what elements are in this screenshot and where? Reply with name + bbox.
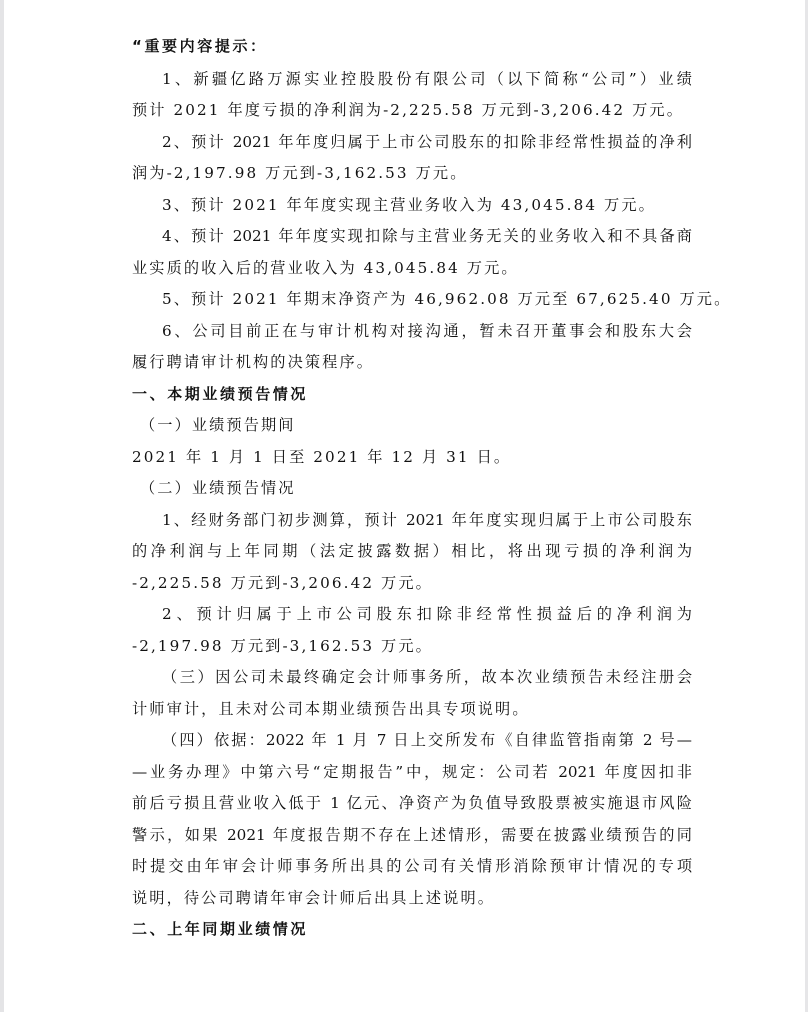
sub2-item-1-line-1: 1、经财务部门初步测算，预计 2021 年年度实现归属于上市公司股东 xyxy=(132,508,692,532)
highlight-4-line-2: 业实质的收入后的营业收入为 43,045.84 万元。 xyxy=(132,256,692,280)
sub4-line-2: —业务办理》中第六号“定期报告”中，规定：公司若 2021 年度因扣非 xyxy=(132,760,692,784)
highlight-4-line-1: 4、预计 2021 年年度实现扣除与主营业务无关的业务收入和不具备商 xyxy=(132,224,692,248)
sub4-line-5: 时提交由年审会计师事务所出具的公司有关情形消除预审计情况的专项 xyxy=(132,854,692,878)
sub4-line-3: 前后亏损且营业收入低于 1 亿元、净资产为负值导致股票被实施退市风险 xyxy=(132,791,692,815)
sub4-line-6: 说明，待公司聘请年审会计师后出具上述说明。 xyxy=(132,886,692,910)
highlight-6-line-1: 6、公司目前正在与审计机构对接沟通，暂未召开董事会和股东大会 xyxy=(132,319,692,343)
sub2-item-1-line-3: -2,225.58 万元到-3,206.42 万元。 xyxy=(132,571,692,595)
sub3-line-1: （三）因公司未最终确定会计师事务所，故本次业绩预告未经注册会 xyxy=(132,665,692,689)
highlight-1-line-2: 预计 2021 年度亏损的净利润为-2,225.58 万元到-3,206.42 … xyxy=(132,98,692,122)
viewer-left-edge xyxy=(0,0,4,1012)
section-1-heading: 一、本期业绩预告情况 xyxy=(132,382,692,406)
sub3-line-2: 计师审计，且未对公司本期业绩预告出具专项说明。 xyxy=(132,697,692,721)
sub2-item-1-line-2: 的净利润与上年同期（法定披露数据）相比，将出现亏损的净利润为 xyxy=(132,539,692,563)
highlight-2-line-1: 2、预计 2021 年年度归属于上市公司股东的扣除非经常性损益的净利 xyxy=(132,130,692,154)
highlight-6-line-2: 履行聘请审计机构的决策程序。 xyxy=(132,350,692,374)
sub2-item-2-line-2: -2,197.98 万元到-3,162.53 万元。 xyxy=(132,634,692,658)
intro-heading: “重要内容提示： xyxy=(132,34,692,58)
sub2-item-2-line-1: 2、预计归属于上市公司股东扣除非经常性损益后的净利润为 xyxy=(132,602,692,626)
highlight-3-line-1: 3、预计 2021 年年度实现主营业务收入为 43,045.84 万元。 xyxy=(132,193,692,217)
highlight-5-line-1: 5、预计 2021 年期末净资产为 46,962.08 万元至 67,625.4… xyxy=(132,287,692,311)
highlight-1-line-1: 1、新疆亿路万源实业控股股份有限公司（以下简称“公司”）业绩 xyxy=(132,67,692,91)
sub4-line-1: （四）依据：2022 年 1 月 7 日上交所发布《自律监管指南第 2 号— xyxy=(132,728,692,752)
sub4-line-4: 警示，如果 2021 年度报告期不存在上述情形，需要在披露业绩预告的同 xyxy=(132,823,692,847)
highlight-2-line-2: 润为-2,197.98 万元到-3,162.53 万元。 xyxy=(132,161,692,185)
section-1-sub2-heading: （二）业绩预告情况 xyxy=(132,476,692,500)
section-1-sub1-heading: （一）业绩预告期间 xyxy=(132,413,692,437)
section-1-period: 2021 年 1 月 1 日至 2021 年 12 月 31 日。 xyxy=(132,445,692,469)
section-2-heading: 二、上年同期业绩情况 xyxy=(132,917,692,941)
